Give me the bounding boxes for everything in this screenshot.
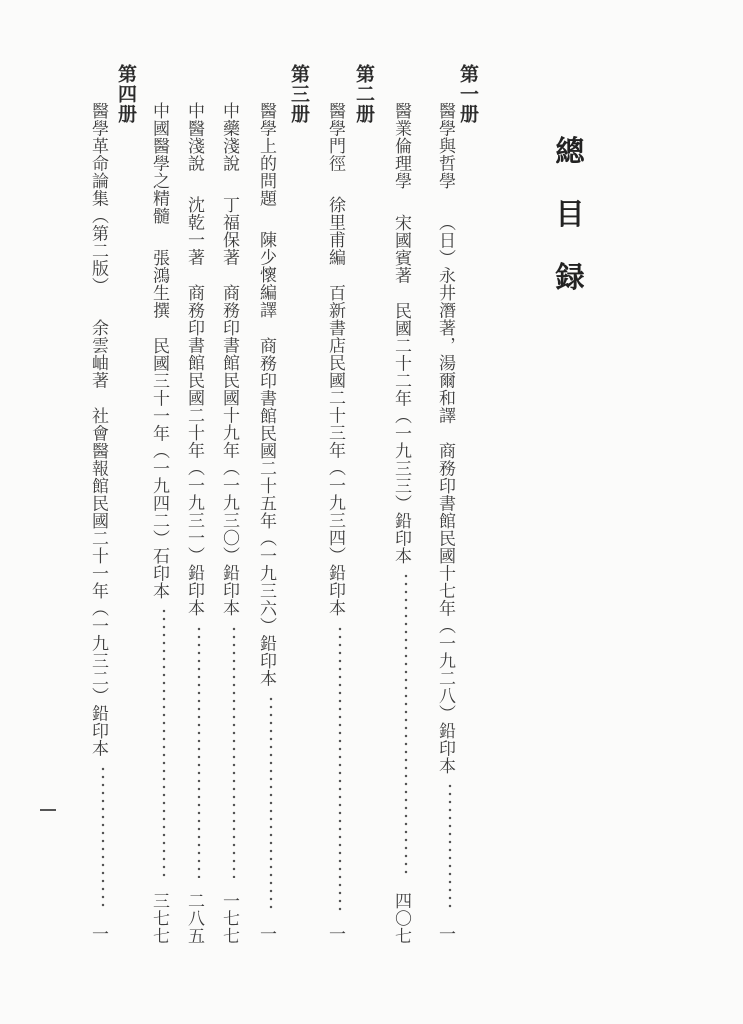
volume-heading-4: 第四册 xyxy=(113,64,140,124)
page-number xyxy=(40,809,56,811)
entry-author: 徐里甫編 xyxy=(323,196,348,266)
entry-page: 一 xyxy=(323,925,348,943)
entry-title: 醫學上的問題 xyxy=(254,102,279,207)
toc-entry[interactable]: 醫業倫理學 宋國賓著 民國二十二年（一九三三）鉛印本 四〇七 xyxy=(389,102,414,944)
entry-title: 中藥淺說 xyxy=(217,102,242,172)
entry-publication: 商務印書館民國二十五年（一九三六）鉛印本 xyxy=(254,337,279,687)
entry-title: 醫學與哲學 xyxy=(433,102,458,190)
toc-entry[interactable]: 中藥淺說 丁福保著 商務印書館民國十九年（一九三〇）鉛印本 一七七 xyxy=(217,102,242,944)
dot-leader xyxy=(225,625,242,878)
entry-publication: 民國三十一年（一九四二）石印本 xyxy=(147,337,172,600)
dot-leader xyxy=(331,625,348,911)
toc-page: 總 目 録 第一册 醫學與哲學 （日）永井潛著，湯爾和譯 商務印書館民國十七年（… xyxy=(0,0,743,1024)
entry-page: 一 xyxy=(86,925,111,943)
entry-page: 四〇七 xyxy=(389,892,414,945)
dot-leader xyxy=(397,572,414,878)
entry-title: 醫學革命論集（第二版） xyxy=(86,102,111,295)
entry-author: （日）永井潛著，湯爾和譯 xyxy=(433,214,458,424)
dot-leader xyxy=(190,625,207,878)
entry-title: 中醫淺說 xyxy=(182,102,207,172)
volume-heading-1: 第一册 xyxy=(455,64,482,124)
dot-leader xyxy=(262,695,279,911)
entry-author: 陳少懷編譯 xyxy=(254,231,279,319)
entry-title: 醫業倫理學 xyxy=(389,102,414,190)
title-char: 録 xyxy=(555,246,584,309)
entry-page: 二八五 xyxy=(182,892,207,945)
entry-author: 丁福保著 xyxy=(217,196,242,266)
dot-leader xyxy=(155,607,172,878)
entry-page: 一 xyxy=(254,925,279,943)
entry-publication: 民國二十二年（一九三三）鉛印本 xyxy=(389,302,414,565)
entry-publication: 商務印書館民國十九年（一九三〇）鉛印本 xyxy=(217,284,242,617)
entry-page: 三七七 xyxy=(147,892,172,945)
entry-publication: 百新書店民國二十三年（一九三四）鉛印本 xyxy=(323,284,348,617)
toc-entry[interactable]: 醫學門徑 徐里甫編 百新書店民國二十三年（一九三四）鉛印本 一 xyxy=(323,102,348,942)
toc-entry[interactable]: 醫學革命論集（第二版） 余雲岫著 社會醫報館民國二十一年（一九三二）鉛印本 一 xyxy=(86,102,111,942)
entry-title: 醫學門徑 xyxy=(323,102,348,172)
entry-title: 中國醫學之精髓 xyxy=(147,102,172,225)
toc-entry[interactable]: 醫學上的問題 陳少懷編譯 商務印書館民國二十五年（一九三六）鉛印本 一 xyxy=(254,102,279,942)
toc-entry[interactable]: 中醫淺說 沈乾一著 商務印書館民國二十年（一九三一）鉛印本 二八五 xyxy=(182,102,207,944)
volume-heading-2: 第二册 xyxy=(351,64,378,124)
entry-publication: 商務印書館民國二十年（一九三一）鉛印本 xyxy=(182,284,207,617)
page-title: 總 目 録 xyxy=(550,120,590,309)
entry-page: 一七七 xyxy=(217,892,242,945)
volume-heading-3: 第三册 xyxy=(286,64,313,124)
entry-author: 余雲岫著 xyxy=(86,319,111,389)
entry-page: 一 xyxy=(433,925,458,943)
dot-leader xyxy=(441,782,458,911)
entry-author: 宋國賓著 xyxy=(389,214,414,284)
toc-entry[interactable]: 醫學與哲學 （日）永井潛著，湯爾和譯 商務印書館民國十七年（一九二八）鉛印本 一 xyxy=(433,102,458,942)
title-char: 總 xyxy=(555,120,584,183)
dot-leader xyxy=(94,765,111,911)
entry-publication: 社會醫報館民國二十一年（一九三二）鉛印本 xyxy=(86,407,111,757)
title-char: 目 xyxy=(555,183,584,246)
entry-publication: 商務印書館民國十七年（一九二八）鉛印本 xyxy=(433,442,458,775)
entry-author: 沈乾一著 xyxy=(182,196,207,266)
toc-entry[interactable]: 中國醫學之精髓 張鴻生撰 民國三十一年（一九四二）石印本 三七七 xyxy=(147,102,172,944)
entry-author: 張鴻生撰 xyxy=(147,249,172,319)
